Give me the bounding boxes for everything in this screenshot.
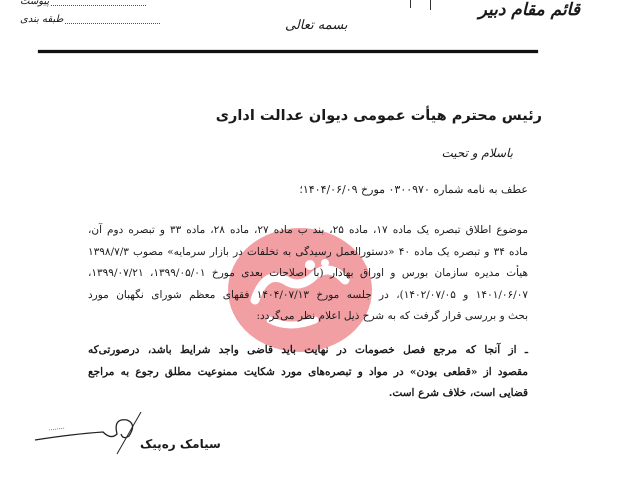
paragraph-line: بحث و بررسی قرار گرفت که به شرح ذیل اعلا… [88, 306, 528, 328]
letterhead-title: قائم مقام دبیر [479, 0, 580, 20]
header-tick [410, 0, 411, 8]
addressee-heading: رئیس محترم هیأت عمومی دیوان عدالت اداری [216, 108, 542, 124]
paragraph-subject: موضوع اطلاق تبصره یک ماده ۱۷، ماده ۲۵، ب… [88, 220, 528, 328]
greeting-text: باسلام و تحیت [441, 146, 513, 160]
attachment-dots [51, 4, 146, 6]
paragraph-line: ـ از آنجا که مرجع فصل خصومات در نهایت با… [88, 340, 528, 362]
header-tick [430, 0, 431, 10]
classification-label: طبقه بندی [20, 14, 63, 25]
reference-line: عطف به نامه شماره ۰۳۰۰۹۷۰ مورخ ۱۴۰۴/۰۶/۰… [299, 183, 528, 196]
paragraph-line: ۱۴۰۱/۰۶/۰۷ و ۱۴۰۲/۰۷/۰۵)، در جلسه مورخ ۱… [88, 285, 528, 307]
header-divider [38, 50, 538, 53]
paragraph-line: ماده ۳۴ و تبصره یک ماده ۴۰ «دستورالعمل ر… [88, 242, 528, 264]
paragraph-line: هیأت مدیره سازمان بورس و اوراق بهادار (ب… [88, 263, 528, 285]
bismillah-heading: بسمه تعالی [285, 18, 347, 33]
paragraph-line: مقصود از «قطعی بودن» در مواد و تبصره‌های… [88, 362, 528, 384]
paragraph-line: قضایی است، خلاف شرع است. [88, 383, 528, 405]
paragraph-ruling: ـ از آنجا که مرجع فصل خصومات در نهایت با… [88, 340, 528, 405]
paragraph-line: موضوع اطلاق تبصره یک ماده ۱۷، ماده ۲۵، ب… [88, 220, 528, 242]
attachment-label: پیوست [20, 0, 49, 7]
classification-dots [65, 22, 160, 24]
signatory-name: سیامک ره‌پیک [140, 437, 221, 451]
attachment-field: پیوست [20, 0, 146, 7]
signature-scribble-icon [33, 410, 143, 460]
classification-field: طبقه بندی [20, 14, 160, 25]
